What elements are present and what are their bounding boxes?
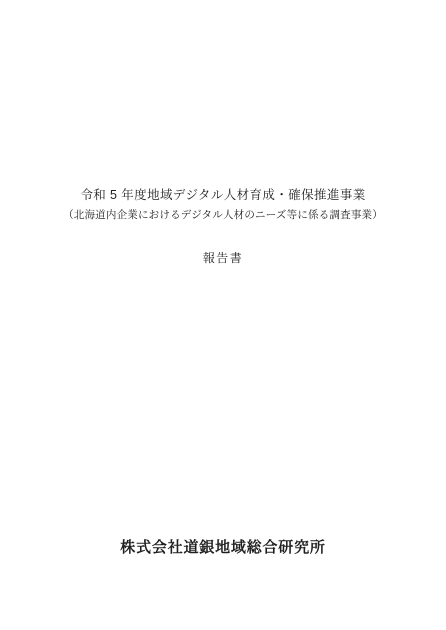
publisher-name: 株式会社道銀地域総合研究所 (0, 539, 446, 557)
report-title-main: 令和 5 年度地域デジタル人材育成・確保推進事業 (0, 188, 446, 203)
document-cover-page: 令和 5 年度地域デジタル人材育成・確保推進事業 （北海道内企業におけるデジタル… (0, 0, 446, 630)
report-title-subtitle: （北海道内企業におけるデジタル人材のニーズ等に係る調査事業） (0, 209, 446, 222)
document-type-label: 報告書 (0, 251, 446, 265)
